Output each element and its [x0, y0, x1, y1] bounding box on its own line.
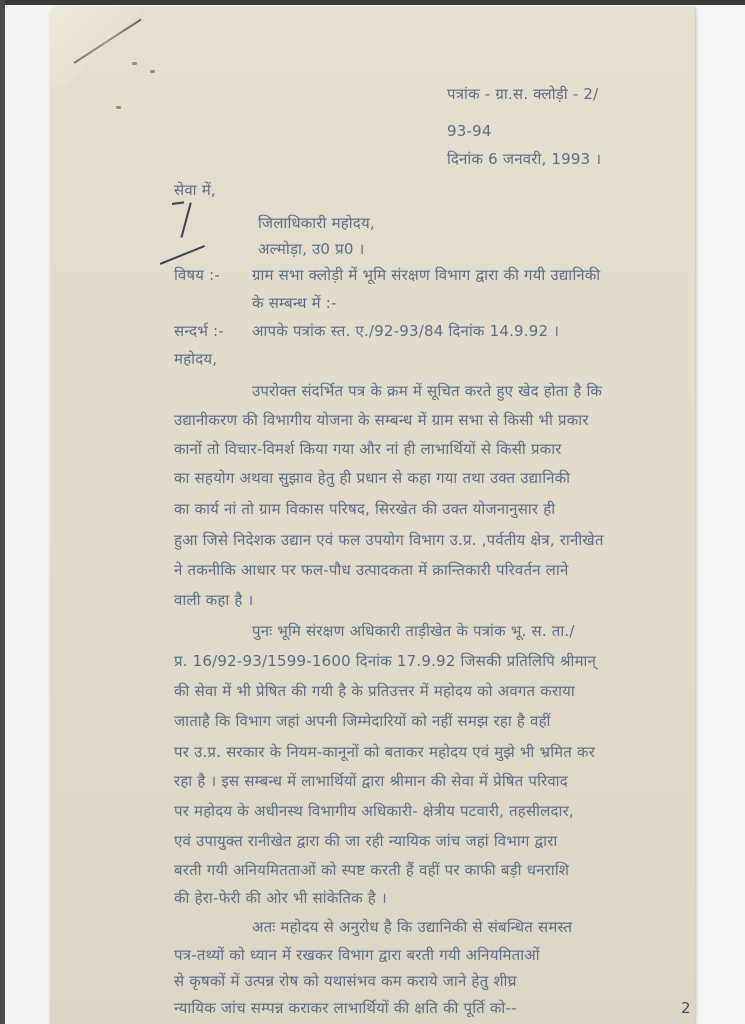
letter-date: दिनांक 6 जनवरी, 1993 ।	[447, 150, 601, 168]
paragraph-2-line: रहा है । इस सम्बन्ध में लाभार्थियों द्वा…	[174, 772, 568, 790]
scan-border-top	[0, 0, 745, 5]
letter-reference-number: पत्रांक - ग्रा.स. क्लोड़ी - 2/	[447, 85, 598, 103]
paragraph-3-line: अतः महोदय से अनुरोध है कि उद्यानिकी से स…	[252, 918, 572, 936]
scanner-background	[695, 5, 745, 1024]
subject-text-line: ग्राम सभा क्लोड़ी में भूमि संरक्षण विभाग…	[252, 266, 600, 284]
paragraph-3-line: पत्र-तथ्यों को ध्यान में रखकर विभाग द्वा…	[174, 946, 540, 964]
letter-reference-year: 93-94	[447, 122, 492, 140]
scan-border-left	[0, 0, 5, 1024]
paragraph-1-line: उपरोक्त संदर्भित पत्र के क्रम में सूचित …	[252, 382, 602, 400]
subject-label: विषय :-	[174, 266, 220, 284]
rust-spot	[150, 70, 155, 73]
reference-text: आपके पत्रांक स्त. ए./92-93/84 दिनांक 14.…	[252, 322, 559, 340]
recipient-title: जिलाधिकारी महोदय,	[258, 214, 375, 232]
paragraph-1-line: कानों तो विचार-विमर्श किया गया और नां ही…	[174, 440, 562, 458]
paragraph-1-line: हुआ जिसे निदेशक उद्यान एवं फल उपयोग विभा…	[174, 531, 604, 549]
greeting: महोदय,	[174, 350, 217, 368]
salutation-to: सेवा में,	[174, 181, 216, 199]
paragraph-1-line: का कार्य नां तो ग्राम विकास परिषद, सिरखे…	[174, 500, 555, 518]
recipient-address: अल्मोड़ा, उ0 प्र0 ।	[258, 240, 364, 258]
paragraph-2-line: एवं उपायुक्त रानीखेत द्वारा की जा रही न्…	[174, 832, 557, 850]
paragraph-2-line: पुनः भूमि संरक्षण अधिकारी ताड़ीखेत के पत…	[252, 622, 575, 640]
paragraph-2-line: पर महोदय के अधीनस्थ विभागीय अधिकारी- क्ष…	[174, 802, 574, 820]
paragraph-3-line: से कृषकों में उत्पन्न रोष को यथासंभव कम …	[174, 972, 517, 990]
paragraph-2-line: जाताहै कि विभाग जहां अपनी जिम्मेदारियों …	[174, 712, 551, 730]
reference-label: सन्दर्भ :-	[174, 322, 224, 340]
rust-spot	[132, 62, 137, 65]
continuation-page-number: 2	[681, 999, 691, 1017]
paragraph-2-line: की हेरा-फेरी की ओर भी सांकेतिक है ।	[174, 889, 387, 907]
paragraph-2-line: की सेवा में भी प्रेषित की गयी है के प्रत…	[174, 682, 575, 700]
paragraph-2-line: पर उ.प्र. सरकार के नियम-कानूनों को बताकर…	[174, 743, 595, 761]
subject-text-line: के सम्बन्ध में :-	[252, 294, 337, 312]
paragraph-1-line: का सहयोग अथवा सुझाव हेतु ही प्रधान से कह…	[174, 469, 570, 487]
rust-spot	[116, 106, 121, 109]
paragraph-1-line: उद्यानीकरण की विभागीय योजना के सम्बन्ध म…	[174, 411, 589, 429]
paragraph-2-line: प्र. 16/92-93/1599-1600 दिनांक 17.9.92 ज…	[174, 652, 596, 670]
paragraph-3-line: न्यायिक जांच सम्पन्न कराकर लाभार्थियों क…	[174, 999, 517, 1017]
paragraph-2-line: बरती गयी अनियमितताओं को स्पष्ट करती हैं …	[174, 861, 569, 879]
paragraph-1-line: वाली कहा है ।	[174, 591, 253, 609]
paragraph-1-line: ने तकनीकि आधार पर फल-पौध उत्पादकता में क…	[174, 561, 568, 579]
